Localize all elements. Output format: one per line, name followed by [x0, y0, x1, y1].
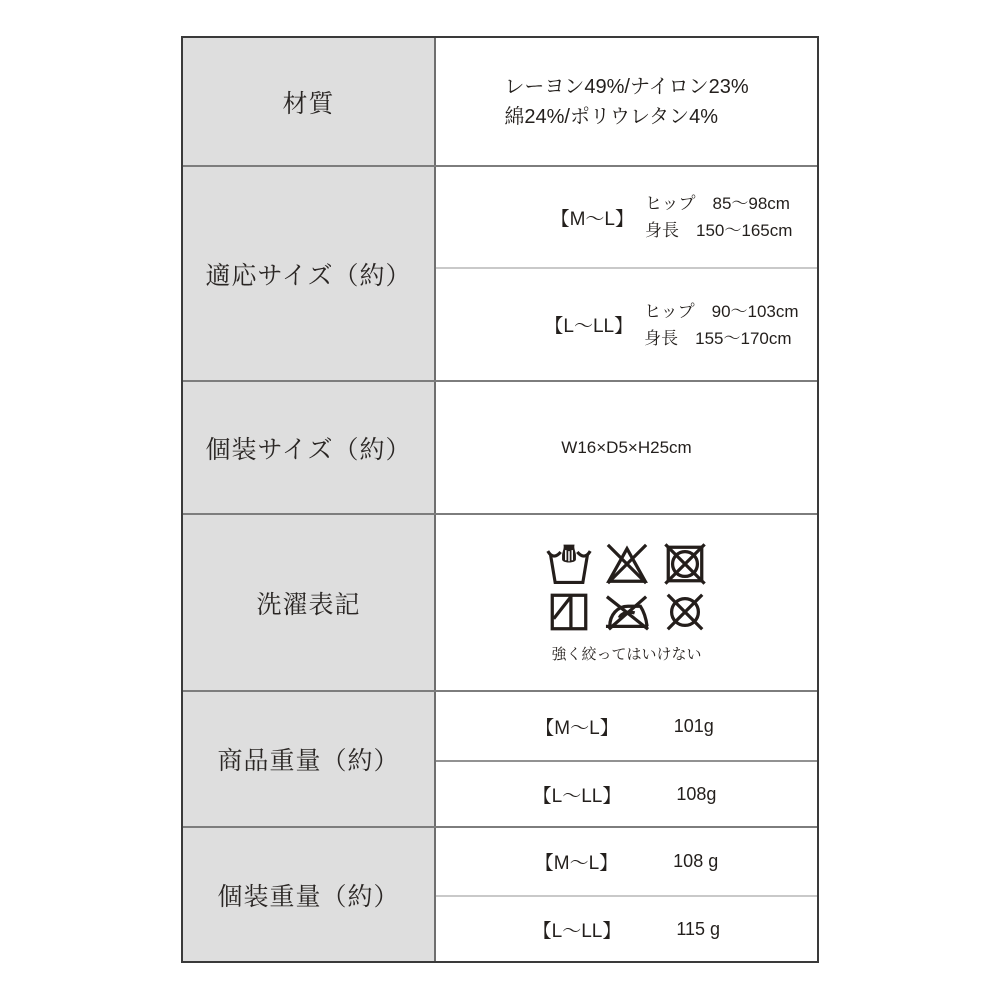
package-size-label: 個装サイズ（約） [183, 382, 436, 513]
size-tag-m-l: 【M〜L】 [535, 713, 618, 740]
hand-wash-icon [545, 542, 593, 586]
hip-measure: ヒップ 90〜103cm [644, 298, 798, 325]
row-package-size: 個装サイズ（約） W16×D5×H25cm [183, 382, 817, 515]
package-weight-label: 個装重量（約） [183, 828, 436, 961]
size-tag-m-l: 【M〜L】 [535, 848, 618, 875]
row-product-weight: 商品重量（約） 【M〜L】 101g 【L〜LL】 108g [183, 692, 817, 828]
line-dry-in-shade-icon [546, 590, 592, 634]
size-tag-m-l: 【M〜L】 [551, 204, 634, 231]
wash-label: 洗濯表記 [183, 515, 436, 690]
wash-value-cell: 強く絞ってはいけない [436, 515, 817, 690]
weight-value: 108g [676, 784, 720, 805]
row-material: 材質 レーヨン49%/ナイロン23% 綿24%/ポリウレタン4% [183, 38, 817, 167]
weight-value: 101g [674, 716, 718, 737]
row-package-weight: 個装重量（約） 【M〜L】 108 g 【L〜LL】 115 g [183, 828, 817, 961]
product-weight-value-cell: 【M〜L】 101g 【L〜LL】 108g [436, 692, 817, 826]
fit-size-l-ll-measures: ヒップ 90〜103cm 身長 155〜170cm [644, 298, 798, 352]
material-line-1: レーヨン49%/ナイロン23% [504, 72, 748, 102]
material-line-2: 綿24%/ポリウレタン4% [504, 102, 748, 132]
fit-size-value-cell: 【M〜L】 ヒップ 85〜98cm 身長 150〜165cm 【L〜LL】 ヒッ… [436, 167, 817, 380]
wash-symbols-block: 強く絞ってはいけない [436, 515, 817, 690]
package-weight-m-l: 【M〜L】 108 g [436, 828, 817, 897]
product-spec-table: 材質 レーヨン49%/ナイロン23% 綿24%/ポリウレタン4% 適応サイズ（約… [181, 36, 819, 963]
height-measure: 身長 155〜170cm [644, 325, 798, 352]
fit-size-m-l: 【M〜L】 ヒップ 85〜98cm 身長 150〜165cm [436, 167, 817, 269]
size-tag-l-ll: 【L〜LL】 [533, 916, 622, 943]
product-weight-l-ll: 【L〜LL】 108g [436, 762, 817, 826]
do-not-bleach-icon [604, 542, 650, 586]
hip-measure: ヒップ 85〜98cm [645, 190, 792, 217]
weight-value: 115 g [676, 919, 720, 940]
wash-caption: 強く絞ってはいけない [551, 643, 701, 664]
package-weight-l-ll: 【L〜LL】 115 g [436, 897, 817, 961]
size-tag-l-ll: 【L〜LL】 [533, 781, 622, 808]
row-fit-size: 適応サイズ（約） 【M〜L】 ヒップ 85〜98cm 身長 150〜165cm … [183, 167, 817, 382]
row-wash-symbols: 洗濯表記 [183, 515, 817, 692]
product-weight-m-l: 【M〜L】 101g [436, 692, 817, 762]
fit-size-l-ll: 【L〜LL】 ヒップ 90〜103cm 身長 155〜170cm [436, 269, 817, 380]
fit-size-label: 適応サイズ（約） [183, 167, 436, 380]
wash-symbols-grid [545, 542, 709, 634]
fit-size-m-l-measures: ヒップ 85〜98cm 身長 150〜165cm [645, 190, 792, 244]
do-not-iron-icon [602, 590, 652, 634]
size-tag-l-ll: 【L〜LL】 [544, 311, 633, 338]
height-measure: 身長 150〜165cm [645, 217, 792, 244]
do-not-tumble-dry-icon [662, 542, 708, 586]
material-composition: レーヨン49%/ナイロン23% 綿24%/ポリウレタン4% [504, 72, 748, 132]
package-weight-value-cell: 【M〜L】 108 g 【L〜LL】 115 g [436, 828, 817, 961]
page: 材質 レーヨン49%/ナイロン23% 綿24%/ポリウレタン4% 適応サイズ（約… [0, 0, 1001, 1001]
product-weight-label: 商品重量（約） [183, 692, 436, 826]
weight-value: 108 g [673, 851, 718, 872]
material-label: 材質 [183, 38, 436, 165]
package-size-value-cell: W16×D5×H25cm [436, 382, 817, 513]
material-value-cell: レーヨン49%/ナイロン23% 綿24%/ポリウレタン4% [436, 38, 817, 165]
package-size-value: W16×D5×H25cm [561, 438, 691, 458]
do-not-dry-clean-icon [662, 590, 708, 634]
